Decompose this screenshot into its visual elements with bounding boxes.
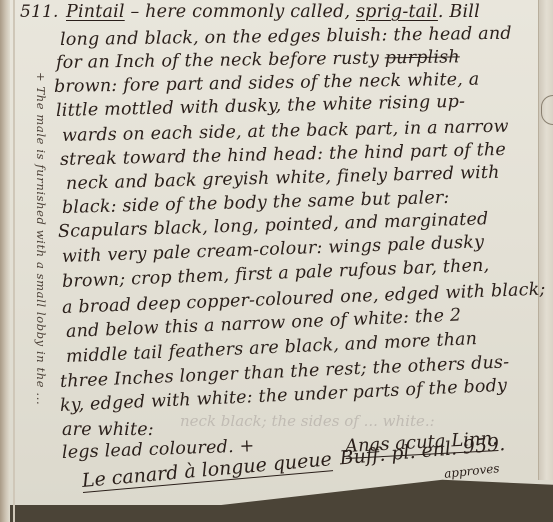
entry-number: 511.: [20, 2, 59, 22]
facing-page-mark: [541, 95, 553, 125]
species-title: Pintail: [66, 2, 125, 22]
page-binding-edge: [0, 0, 10, 522]
common-name: sprig-tail: [356, 2, 438, 22]
facing-page-edge: [538, 0, 553, 480]
manuscript-line-18: are white:: [62, 420, 154, 440]
struck-word: purplish: [385, 47, 460, 68]
manuscript-line-1: Pintail – here commonly called, sprig-ta…: [66, 2, 480, 22]
margin-note: + The male is furnished with a small lob…: [34, 72, 48, 405]
faded-erased-text: neck black; the sides of ... white.:: [180, 412, 435, 430]
page-fold-line: [13, 0, 15, 522]
